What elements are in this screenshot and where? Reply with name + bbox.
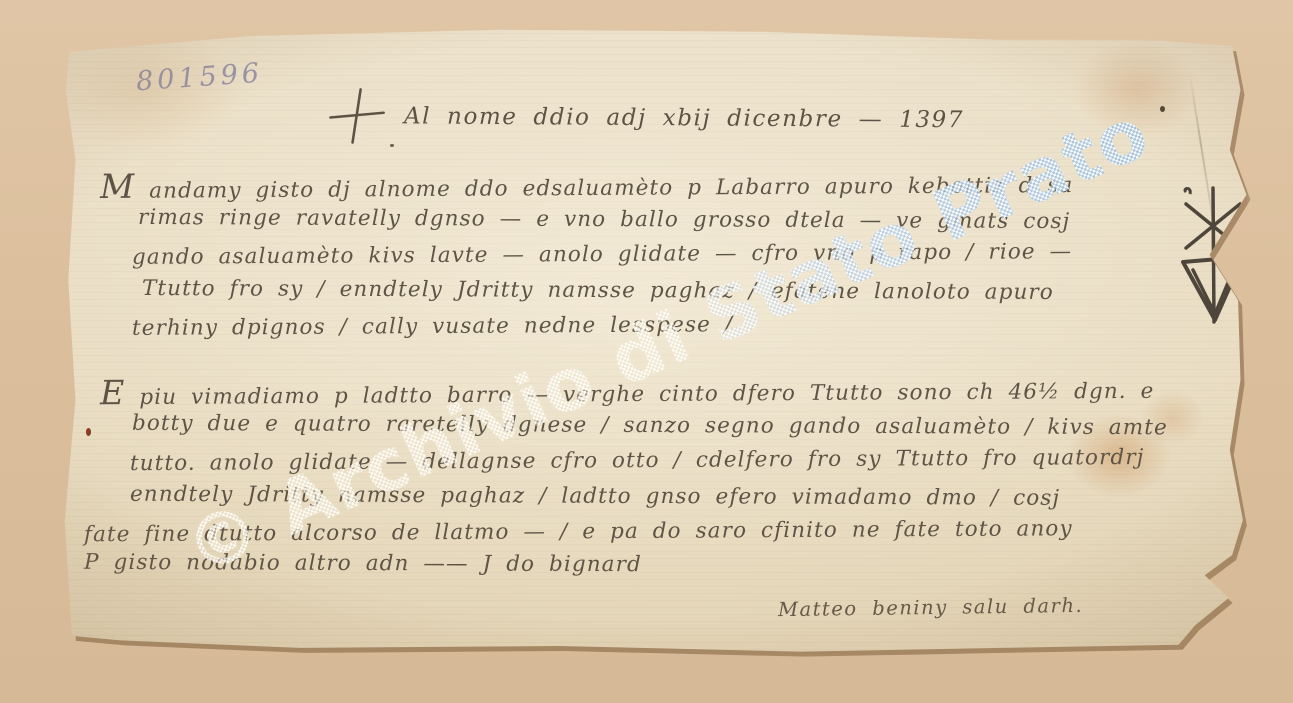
manuscript-line: botty due e quatro raretelly dgnese / sa… — [132, 405, 1168, 445]
manuscript-line: Ttutto fro sy / enndtely Jdritty namsse … — [142, 270, 1074, 310]
closing-line: P gisto nodabio altro adn —— J do bignar… — [84, 545, 642, 583]
manuscript-paper: 801596 Al nome ddio adj xbij dicenbre — … — [60, 26, 1250, 658]
paper-speck — [390, 144, 394, 147]
paper-speck — [86, 428, 91, 436]
manuscript-scan: 801596 Al nome ddio adj xbij dicenbre — … — [0, 0, 1293, 703]
paper-speck — [1160, 106, 1165, 112]
cross-icon — [326, 86, 388, 146]
heading-text: Al nome ddio adj xbij dicenbre — 1397 — [404, 103, 964, 133]
archive-number: 801596 — [135, 58, 264, 98]
signature-line: Matteo beniny salu darh. — [778, 594, 1083, 621]
heading-line: Al nome ddio adj xbij dicenbre — 1397 — [326, 86, 964, 150]
